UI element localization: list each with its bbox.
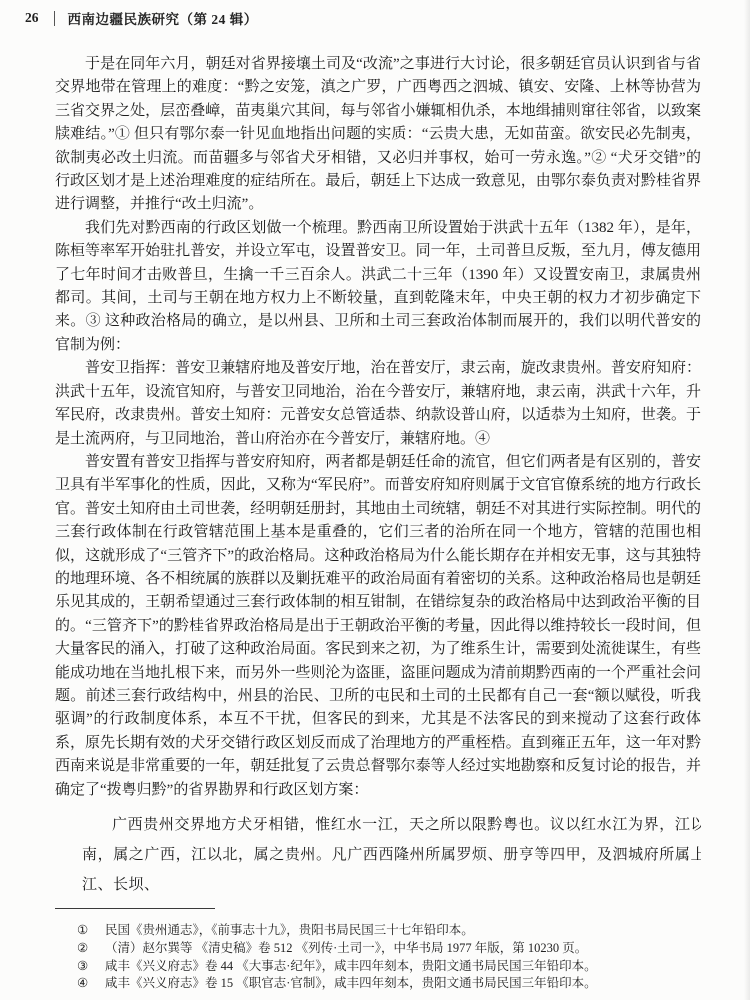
footnotes-section: ① 民国《贵州通志》，《前事志十九》，贵阳书局民国三十七年铅印本。 ② （清）赵… — [55, 908, 705, 993]
paragraph: 普安卫指挥：普安卫兼辖府地及普安厅地，治在普安厅，隶云南，旋改隶贵州。普安府知府… — [55, 357, 701, 451]
scan-edge-shadow — [744, 0, 750, 1000]
footnote-text: 咸丰《兴义府志》卷 44 《大事志·纪年》，咸丰四年刻本，贵阳文通书局民国三年铅… — [105, 958, 705, 976]
footnote-marker: ① — [77, 922, 105, 940]
footnote-text: （清）赵尔巽等 《清史稿》卷 512 《列传·土司一》，中华书局 1977 年版… — [105, 940, 705, 958]
block-quote: 广西贵州交界地方犬牙相错，惟红水一江，天之所以限黔粤也。议以红水江为界，江以南，… — [82, 810, 701, 900]
footnote-item: ④ 咸丰《兴义府志》卷 15 《职官志·官制》，咸丰四年刻本，贵阳文通书局民国三… — [55, 975, 705, 993]
footnote-text: 民国《贵州通志》，《前事志十九》，贵阳书局民国三十七年铅印本。 — [105, 922, 705, 940]
footnote-marker: ③ — [77, 958, 105, 976]
footnote-item: ① 民国《贵州通志》，《前事志十九》，贵阳书局民国三十七年铅印本。 — [55, 922, 705, 940]
footnote-text: 咸丰《兴义府志》卷 15 《职官志·官制》，咸丰四年刻本，贵阳文通书局民国三年铅… — [105, 975, 705, 993]
paragraph: 普安置有普安卫指挥与普安府知府，两者都是朝廷任命的流官，但它们两者是有区别的，普… — [55, 451, 701, 802]
footnote-item: ③ 咸丰《兴义府志》卷 44 《大事志·纪年》，咸丰四年刻本，贵阳文通书局民国三… — [55, 958, 705, 976]
footnote-marker: ② — [77, 940, 105, 958]
footnote-marker: ④ — [77, 975, 105, 993]
footnote-separator-rule — [55, 908, 215, 909]
page-number: 26 — [25, 10, 39, 26]
running-header: 26 西南边疆民族研究（第 24 辑） — [25, 8, 258, 28]
paragraph: 我们先对黔西南的行政区划做一个梳理。黔西南卫所设置始于洪武十五年（1382 年）… — [55, 217, 701, 357]
main-text-column: 于是在同年六月，朝廷对省界接壤土司及“改流”之事进行大讨论，很多朝廷官员认识到省… — [55, 53, 701, 900]
book-title: 西南边疆民族研究（第 24 辑） — [68, 8, 258, 28]
footnote-item: ② （清）赵尔巽等 《清史稿》卷 512 《列传·土司一》，中华书局 1977 … — [55, 940, 705, 958]
paragraph: 于是在同年六月，朝廷对省界接壤土司及“改流”之事进行大讨论，很多朝廷官员认识到省… — [55, 53, 701, 217]
header-divider — [54, 11, 55, 26]
